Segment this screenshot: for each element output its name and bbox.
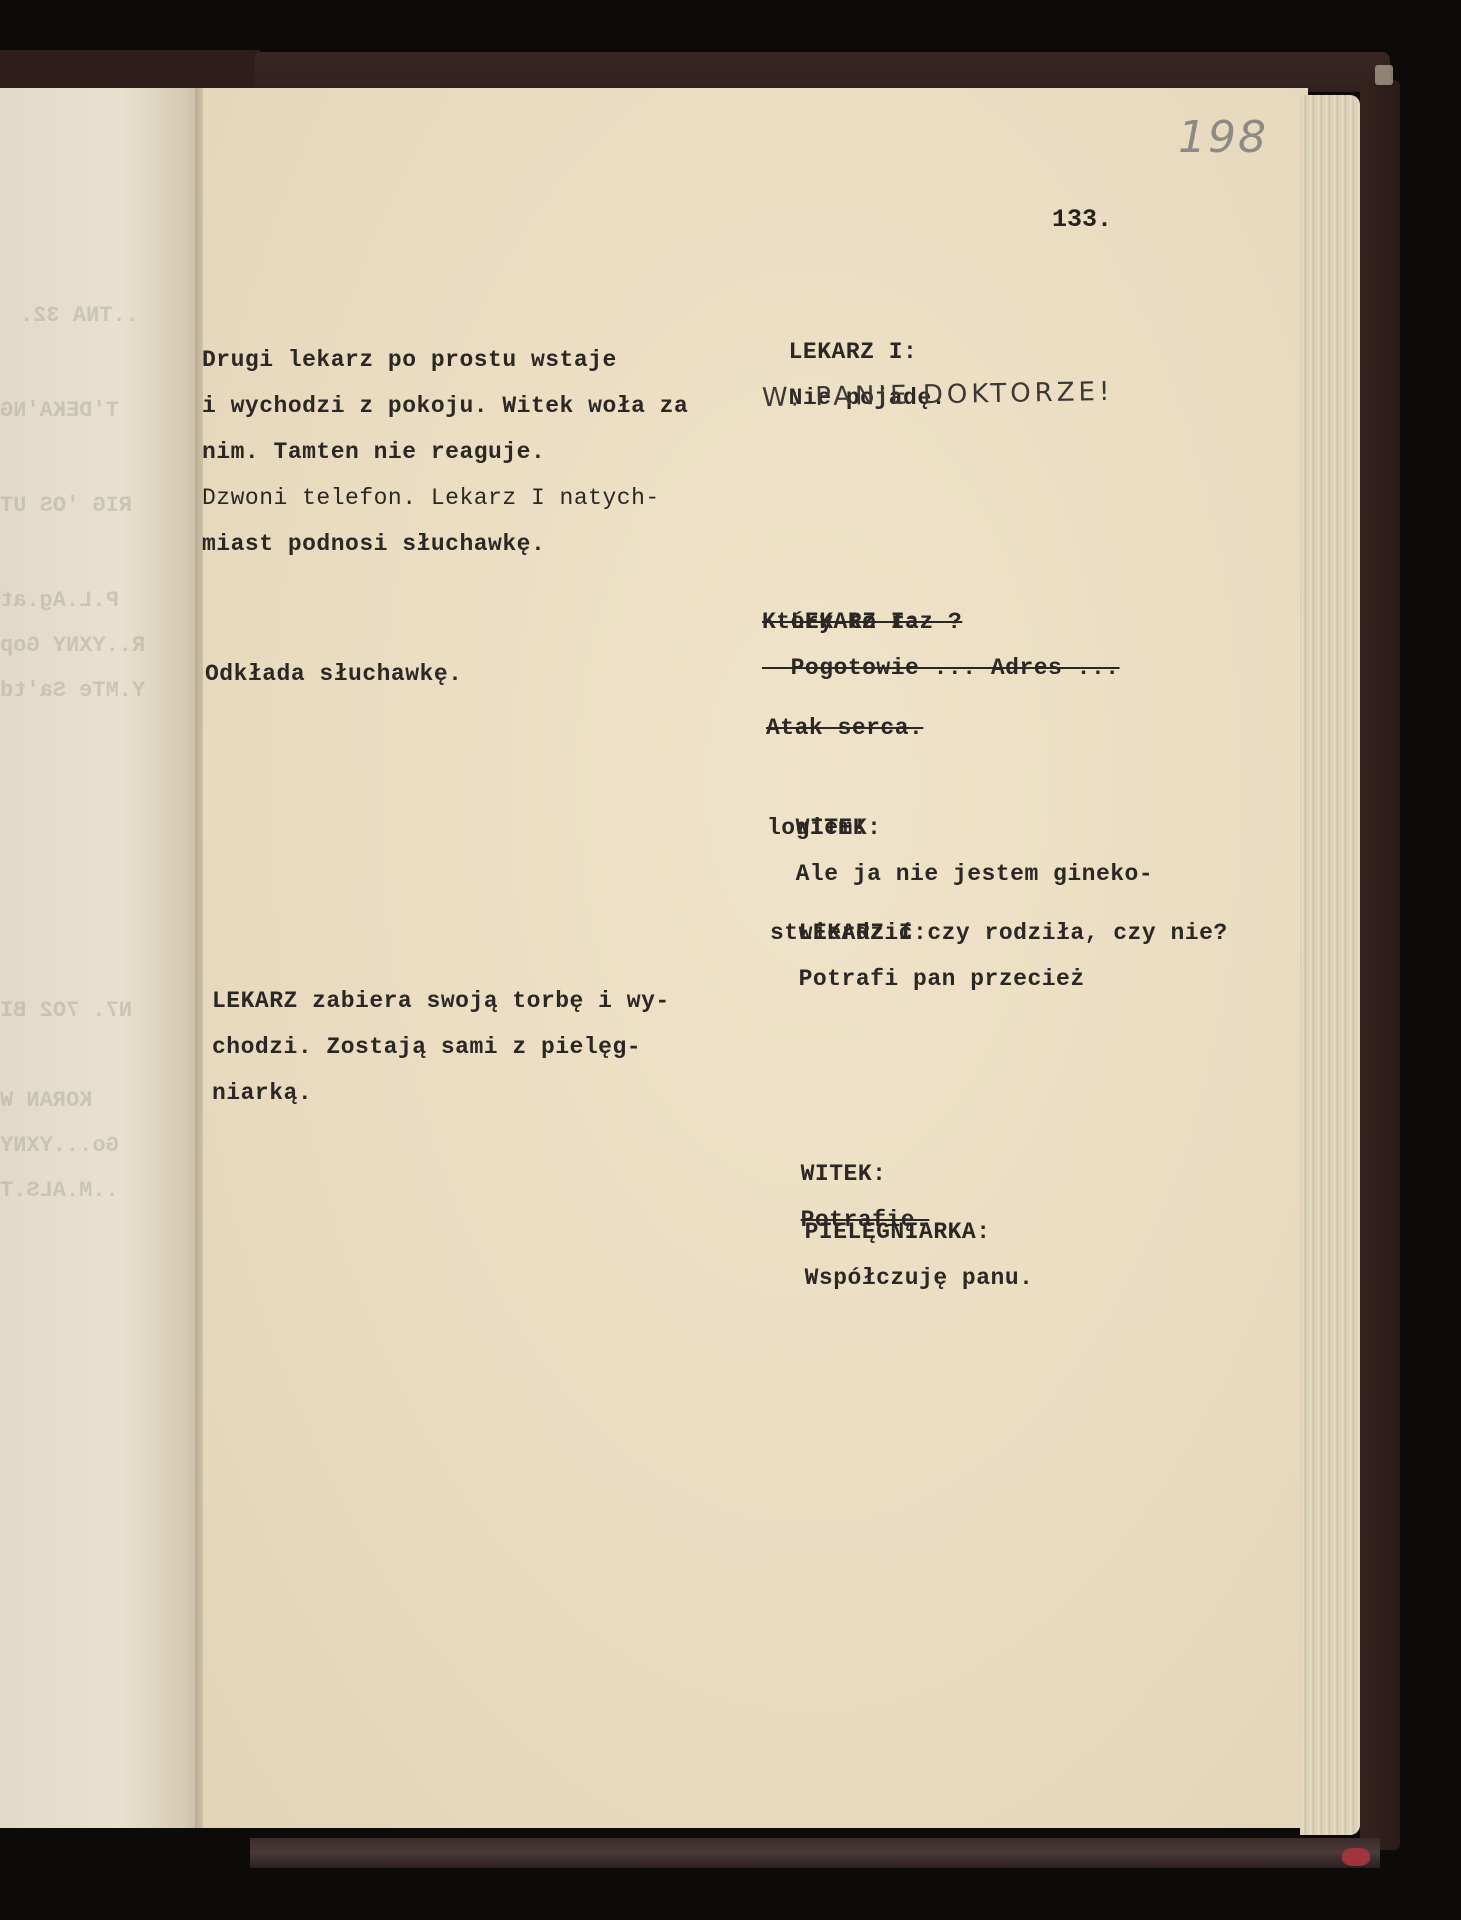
dialogue-continuation: logiem! [767,805,867,851]
book-cover-bottom [250,1838,1380,1868]
speaker-name: LEKARZ I: [789,339,918,365]
dialogue-text: Współczuję panu. [805,1265,1034,1291]
stage-direction-line: LEKARZ zabiera swoją torbę i wy- [212,978,670,1024]
stage-direction-line: Dzwoni telefon. Lekarz I natych- [202,475,660,521]
book-cover-top-right [255,52,1390,92]
page-block-edges [1300,95,1360,1835]
ghost-text-line: RIG 'OS UT [0,493,132,518]
ghost-text-line: P.L.Ag.at [0,588,119,613]
ghost-text-line: ..M.ALS.T [0,1178,119,1203]
ghost-text-line: Go...YXNY [0,1133,119,1158]
stage-direction-line: Drugi lekarz po prostu wstaje [202,337,617,383]
dialogue-continuation-struck: Który to raz ? [762,599,962,645]
dialogue-continuation-struck: Atak serca. [766,705,923,751]
facing-page-left: ..TNA 32. T'DEKA'NG RIG 'OS UT P.L.Ag.at… [0,88,200,1828]
ghost-text-line: Y.MTe Sa'td [0,678,145,703]
pencil-folio-number: 198 [1178,112,1268,163]
dialogue-text: Potrafi pan przecież [799,966,1085,992]
ghost-text-line: R..YXNY Gop [0,633,145,658]
dialogue-line: PIELĘGNIARKA: Współczuję panu. [776,1163,1033,1301]
speaker-name: PIELĘGNIARKA: [805,1219,991,1245]
dialogue-continuation: stwierdzić czy rodziła, czy nie? [770,910,1228,956]
red-sealing-wax-mark [1342,1848,1370,1866]
stage-direction-line: chodzi. Zostają sami z pielęg- [212,1024,641,1070]
ghost-text-line: T'DEKA'NG [0,398,119,423]
ghost-text-line: N7. 7O2 BI [0,998,132,1023]
page-number: 133. [1052,205,1112,234]
ghost-text-line: ..TNA 32. [20,303,139,328]
dialogue-text: Pogotowie ... Adres ... [791,655,1120,681]
ghost-text-line: KORAN W [0,1088,92,1113]
book-cover-corner-wear [1375,65,1393,85]
stage-direction-line: miast podnosi słuchawkę. [202,521,545,567]
handwritten-annotation: W: PANIE DOKTORZE! [762,377,1114,413]
stage-direction-line: Odkłada słuchawkę. [205,651,462,697]
book-cover-top-left [0,50,260,90]
stage-direction-line: niarką. [212,1070,312,1116]
stage-direction-line: i wychodzi z pokoju. Witek woła za [202,383,688,429]
stage-direction-line: nim. Tamten nie reaguje. [202,429,545,475]
book-cover-right-edge [1360,80,1400,1850]
